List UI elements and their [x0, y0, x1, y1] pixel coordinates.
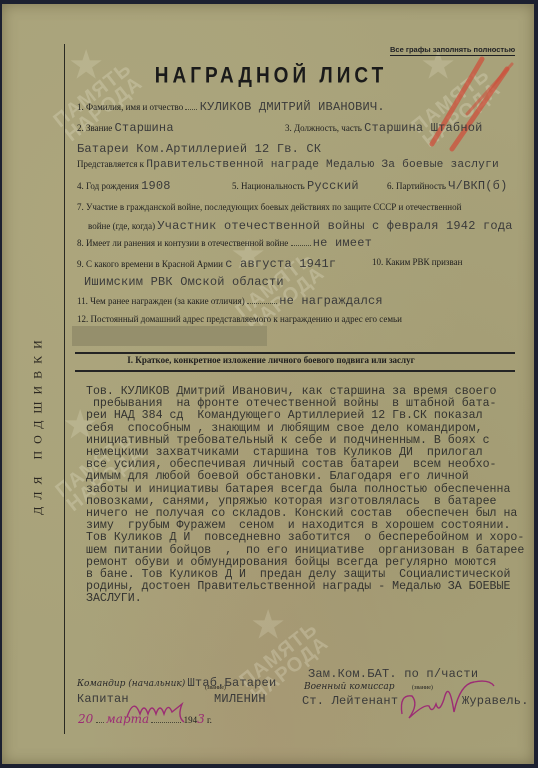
- award-sheet: ★ ПАМЯТЬНАРОДА ★ ПАМЯТЬНАРОДА ★ ПАМЯТЬНА…: [2, 4, 534, 764]
- citation-line: Тов Куликов Д И повседневно заботится о …: [86, 532, 526, 544]
- party-value: Ч/ВКП(б): [448, 179, 507, 193]
- citation-line: димым для любой боевой обстановки. Благо…: [86, 471, 526, 483]
- date-day: 20: [78, 712, 93, 726]
- position-value: Старшина Штабной: [364, 121, 482, 135]
- commissar-name-line: Журавель.: [462, 694, 529, 708]
- field-war-participation: 7. Участие в гражданской войне, последую…: [77, 202, 461, 212]
- field-wounds: 8. Имеет ли ранения и контузии в отечест…: [77, 236, 372, 250]
- citation-line: заботы и инициативы батарея всегда была …: [86, 484, 526, 496]
- commander-rank-line: Капитан: [77, 692, 129, 706]
- commander-rank: Капитан: [77, 692, 129, 706]
- full-name-value: КУЛИКОВ ДМИТРИЙ ИВАНОВИЧ.: [200, 100, 385, 114]
- date-month: марта: [106, 712, 149, 726]
- commissar-name: Журавель.: [462, 694, 529, 708]
- commander-name-line: МИЛЕНИН: [214, 692, 266, 706]
- document-title: НАГРАДНОЙ ЛИСТ: [2, 64, 538, 89]
- date-line: 20 марта 1943 г.: [78, 712, 212, 726]
- commissar-label-line: Военный комиссар: [304, 681, 394, 692]
- wounds-value: не имеет: [313, 236, 372, 250]
- war-participation-value: Участник отечественной войны с февраля 1…: [157, 219, 512, 233]
- commissar-title-line: Зам.Ком.БАТ. по п/части: [308, 667, 478, 681]
- commissar-rank: Ст. Лейтенант: [302, 694, 398, 708]
- field-nationality: 5. Национальность Русский: [232, 179, 359, 193]
- commander-unit: Штаб.Батареи: [188, 676, 277, 690]
- army-since-value: с августа 1941г: [225, 257, 336, 271]
- field-war-participation-cont: войне (где, когда) Участник отечественно…: [88, 219, 513, 233]
- presented-value: Правительственной награде Медалью За бое…: [146, 159, 499, 171]
- rank-small-label: (звание): [205, 685, 226, 691]
- rank-value: Старшина: [115, 121, 174, 135]
- commissar-rank-line: Ст. Лейтенант: [302, 694, 398, 708]
- commander-name: МИЛЕНИН: [214, 692, 266, 706]
- field-draft-office: 10. Каким РВК призван: [372, 257, 462, 267]
- field-full-name: 1. Фамилия, имя и отчество КУЛИКОВ ДМИТР…: [77, 100, 385, 114]
- birth-year-value: 1908: [141, 179, 171, 193]
- fill-instruction: Все графы заполнять полностью: [390, 45, 515, 56]
- date-year-suffix: 3: [197, 712, 205, 726]
- field-position-cont: Батареи Ком.Артиллерией 12 Гв. СК: [77, 142, 321, 156]
- date-year-prefix: 194: [184, 715, 198, 725]
- redacted-address-block: [72, 326, 267, 346]
- field-presented: Представляется к Правительственной награ…: [77, 159, 499, 171]
- field-previous-awards: 11. Чем ранее награжден (за какие отличи…: [77, 294, 383, 308]
- field-birth-year: 4. Год рождения 1908: [77, 179, 171, 193]
- field-position: 3. Должность, часть Старшина Штабной: [285, 121, 483, 135]
- citation-line: себя способным , знающим и любящим свое …: [86, 423, 526, 435]
- draft-office-value: Ишимским РВК Омской области: [84, 275, 284, 289]
- citation-line: родины, достоен Правительственной наград…: [86, 581, 526, 593]
- citation-line: ЗАСЛУГИ.: [86, 593, 526, 605]
- citation-line: реи НАД 384 сд Командующего Артиллерией …: [86, 410, 526, 422]
- citation-line: шем питании бойцов , по его инициативе о…: [86, 545, 526, 557]
- commissar-title: Зам.Ком.БАТ. по п/части: [308, 667, 478, 681]
- binding-margin-line: [64, 44, 65, 734]
- section-divider-top: [75, 352, 515, 354]
- rank-small-label-2: (звание): [412, 685, 433, 691]
- field-home-address: 12. Постоянный домашний адрес представля…: [77, 314, 402, 324]
- watermark-star-icon: ★: [252, 604, 284, 646]
- date-g: г.: [207, 715, 212, 725]
- field-draft-office-value: Ишимским РВК Омской области: [84, 275, 284, 289]
- citation-text: Тов. КУЛИКОВ Дмитрий Иванович, как старш…: [86, 386, 526, 606]
- section-title: I. Краткое, конкретное изложение личного…: [2, 355, 538, 365]
- field-rank: 2. Звание Старшина: [77, 121, 174, 135]
- previous-awards-value: не награждался: [279, 294, 383, 308]
- position-value-cont: Батареи Ком.Артиллерией 12 Гв. СК: [77, 142, 321, 156]
- commander-line: Командир (начальник) Штаб.Батареи: [77, 676, 276, 690]
- nationality-value: Русский: [307, 179, 359, 193]
- field-party: 6. Партийность Ч/ВКП(б): [387, 179, 507, 193]
- section-divider-bottom: [75, 370, 515, 372]
- field-army-since: 9. С какого времени в Красной Армии с ав…: [77, 257, 336, 271]
